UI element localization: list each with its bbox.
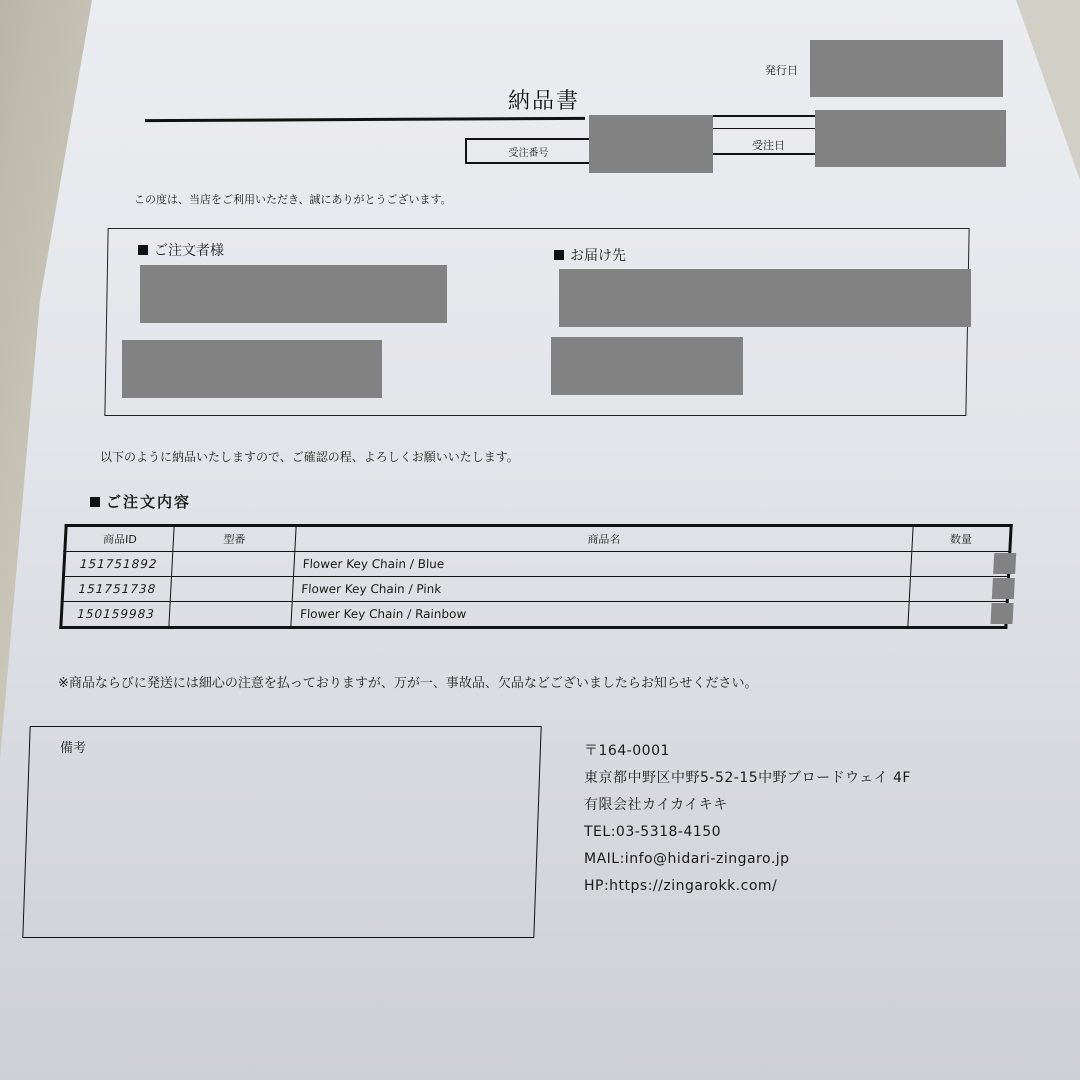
header-rule — [713, 128, 818, 129]
redacted-delivery-name — [551, 337, 743, 395]
delivery-label: お届け先 — [570, 245, 626, 265]
company-address: 東京都中野区中野5-52-15中野ブロードウェイ 4F — [584, 765, 911, 792]
order-contents-label: ご注文内容 — [106, 491, 191, 512]
product-name-cell: Flower Key Chain / Rainbow — [291, 602, 909, 628]
delivery-heading: お届け先 — [554, 245, 626, 265]
redacted-order-number — [589, 115, 713, 173]
product-id-cell: 150159983 — [61, 602, 170, 628]
redacted-delivery-address — [559, 269, 971, 327]
header-rule — [713, 153, 818, 155]
document-title: 納品書 — [508, 84, 580, 115]
intro-text: 以下のように納品いたしますので、ご確認の程、よろしくお願いいたします。 — [100, 448, 519, 465]
greeting-text: この度は、当店をご利用いただき、誠にありがとうございます。 — [134, 191, 452, 207]
square-bullet-icon — [554, 250, 564, 260]
redacted-orderer-name — [140, 265, 447, 323]
company-homepage: HP:https://zingarokk.com/ — [584, 873, 911, 900]
order-items-table: 商品ID 型番 商品名 数量 151751892 Flower Key Chai… — [59, 524, 1013, 629]
quantity-cell — [908, 602, 1007, 628]
company-name: 有限会社カイカイキキ — [584, 792, 911, 819]
model-cell — [172, 552, 295, 577]
product-name-cell: Flower Key Chain / Pink — [292, 577, 910, 602]
redacted-quantity — [993, 553, 1016, 574]
column-header-product-name: 商品名 — [295, 526, 913, 552]
column-header-product-id: 商品ID — [65, 526, 174, 552]
order-contents-heading: ご注文内容 — [90, 491, 191, 512]
redacted-quantity — [992, 578, 1015, 599]
redacted-quantity — [991, 603, 1014, 624]
orderer-heading: ご注文者様 — [138, 240, 224, 260]
table-row: 150159983 Flower Key Chain / Rainbow — [61, 602, 1007, 628]
quantity-cell — [911, 552, 1010, 577]
column-header-quantity: 数量 — [912, 526, 1011, 552]
order-number-label: 受注番号 — [465, 138, 590, 164]
product-name-cell: Flower Key Chain / Blue — [294, 552, 912, 577]
notice-text: ※商品ならびに発送には細心の注意を払っておりますが、万が一、事故品、欠品などござ… — [58, 672, 758, 691]
company-info: 〒164-0001 東京都中野区中野5-52-15中野ブロードウェイ 4F 有限… — [584, 738, 911, 900]
table-row: 151751738 Flower Key Chain / Pink — [62, 577, 1008, 602]
square-bullet-icon — [138, 245, 148, 255]
order-date-label: 受注日 — [752, 137, 785, 153]
quantity-cell — [909, 577, 1008, 602]
remarks-box: 備考 — [22, 726, 541, 938]
remarks-label: 備考 — [60, 737, 86, 756]
orderer-label: ご注文者様 — [154, 240, 224, 260]
model-cell — [170, 577, 293, 602]
table-header-row: 商品ID 型番 商品名 数量 — [65, 526, 1011, 552]
redacted-order-date — [815, 110, 1006, 167]
redacted-issue-date — [810, 40, 1003, 97]
table-row: 151751892 Flower Key Chain / Blue — [64, 552, 1010, 577]
column-header-model: 型番 — [173, 526, 296, 552]
product-id-cell: 151751738 — [62, 577, 171, 602]
issue-date-label: 発行日 — [765, 62, 798, 78]
company-tel: TEL:03-5318-4150 — [584, 819, 911, 846]
redacted-orderer-info — [122, 340, 382, 398]
company-postal-code: 〒164-0001 — [584, 738, 911, 765]
company-mail: MAIL:info@hidari-zingaro.jp — [584, 846, 911, 873]
product-id-cell: 151751892 — [64, 552, 173, 577]
model-cell — [169, 602, 292, 628]
header-rule — [713, 115, 818, 117]
square-bullet-icon — [90, 497, 100, 507]
